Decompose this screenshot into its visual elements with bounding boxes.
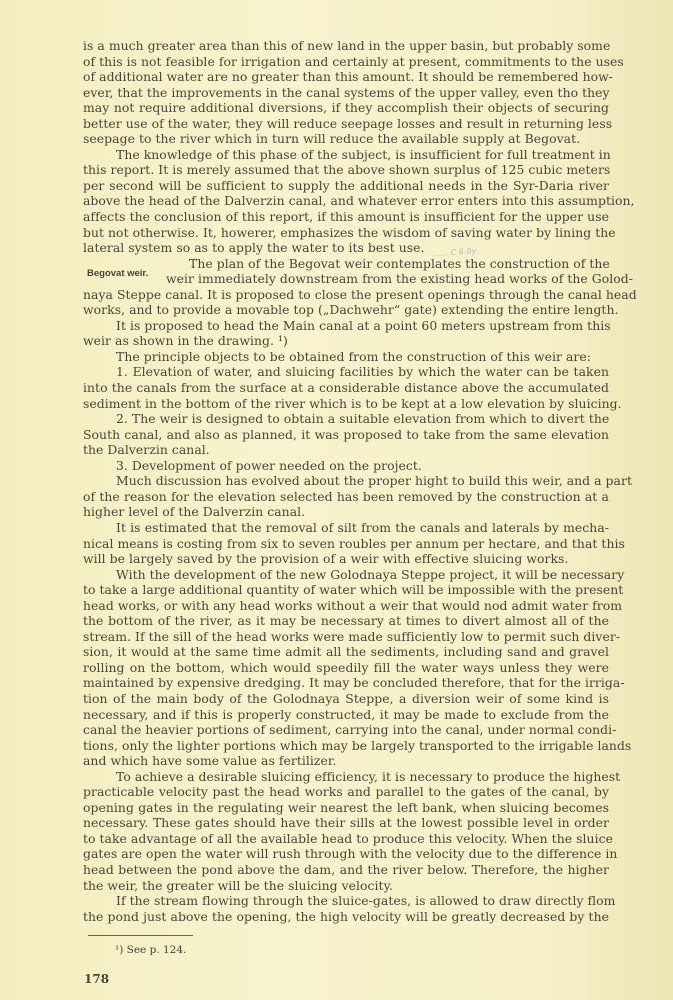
text-line: is a much greater area than this of new … [83, 38, 609, 54]
text-line: practicable velocity past the head works… [83, 784, 609, 800]
text-line: the bottom of the river, as it may be ne… [83, 613, 609, 629]
text-line: It is estimated that the removal of silt… [83, 520, 609, 536]
text-line: Much discussion has evolved about the pr… [83, 473, 609, 489]
body-text: is a much greater area than this of new … [83, 38, 609, 924]
text-line: weir as shown in the drawing. ¹) [83, 333, 609, 349]
text-line: gates are open the water will rush throu… [83, 846, 609, 862]
text-line: nical means is costing from six to seven… [83, 536, 609, 552]
text-line: tion of the main body of the Golodnaya S… [83, 691, 609, 707]
text-line: this report. It is merely assumed that t… [83, 162, 609, 178]
text-line: The knowledge of this phase of the subje… [83, 147, 609, 163]
text-line: the weir, the greater will be the sluici… [83, 878, 609, 894]
text-line: works, and to provide a movable top („Da… [83, 302, 609, 318]
text-line: seepage to the river which in turn will … [83, 131, 609, 147]
text-line: naya Steppe canal. It is proposed to clo… [83, 287, 609, 303]
text-line: above the head of the Dalverzin canal, a… [83, 193, 609, 209]
text-line: stream. If the sill of the head works we… [83, 629, 609, 645]
text-line: head between the pond above the dam, and… [83, 862, 609, 878]
text-line: tions, only the lighter portions which m… [83, 738, 609, 754]
text-line: of this is not feasible for irrigation a… [83, 54, 609, 70]
text-line: The principle objects to be obtained fro… [83, 349, 609, 365]
text-line: canal the heavier portions of sediment, … [83, 722, 609, 738]
text-line: necessary, and if this is properly const… [83, 707, 609, 723]
footnote: ¹) See p. 124. [115, 944, 186, 956]
text-line: lateral system so as to apply the water … [83, 240, 609, 256]
text-line: of additional water are no greater than … [83, 69, 609, 85]
text-line: If the stream flowing through the sluice… [83, 893, 609, 909]
text-line: ever, that the improvements in the canal… [83, 85, 609, 101]
text-line: 2. The weir is designed to obtain a suit… [83, 411, 609, 427]
text-line: With the development of the new Golodnay… [83, 567, 609, 583]
text-line: 3. Development of power needed on the pr… [83, 458, 609, 474]
text-line: but not otherwise. It, howerer, emphasiz… [83, 225, 609, 241]
text-line: may not require additional diversions, i… [83, 100, 609, 116]
footnote-divider [88, 935, 193, 936]
text-line: maintained by expensive dredging. It may… [83, 675, 609, 691]
text-line: sion, it would at the same time admit al… [83, 644, 609, 660]
text-line: 1. Elevation of water, and sluicing faci… [83, 364, 609, 380]
text-line: the pond just above the opening, the hig… [83, 909, 609, 925]
text-line: into the canals from the surface at a co… [83, 380, 609, 396]
text-line: weir immediately downstream from the exi… [83, 271, 609, 287]
text-line: The plan of the Begovat weir contemplate… [83, 256, 609, 272]
text-line: necessary. These gates should have their… [83, 815, 609, 831]
text-line: of the reason for the elevation selected… [83, 489, 609, 505]
text-line: per second will be sufficient to supply … [83, 178, 609, 194]
margin-note: Begovat weir. [87, 268, 148, 279]
text-line: rolling on the bottom, which would speed… [83, 660, 609, 676]
text-line: head works, or with any head works witho… [83, 598, 609, 614]
text-line: affects the conclusion of this report, i… [83, 209, 609, 225]
text-line: better use of the water, they will reduc… [83, 116, 609, 132]
text-line: South canal, and also as planned, it was… [83, 427, 609, 443]
text-line: the Dalverzin canal. [83, 442, 609, 458]
text-line: opening gates in the regulating weir nea… [83, 800, 609, 816]
text-line: higher level of the Dalverzin canal. [83, 504, 609, 520]
text-line: to take a large additional quantity of w… [83, 582, 609, 598]
text-line: and which have some value as fertilizer. [83, 753, 609, 769]
text-line: It is proposed to head the Main canal at… [83, 318, 609, 334]
text-line: to take advantage of all the available h… [83, 831, 609, 847]
page-number: 178 [84, 972, 109, 986]
text-line: To achieve a desirable sluicing efficien… [83, 769, 609, 785]
text-line: will be largely saved by the provision o… [83, 551, 609, 567]
text-line: sediment in the bottom of the river whic… [83, 396, 609, 412]
